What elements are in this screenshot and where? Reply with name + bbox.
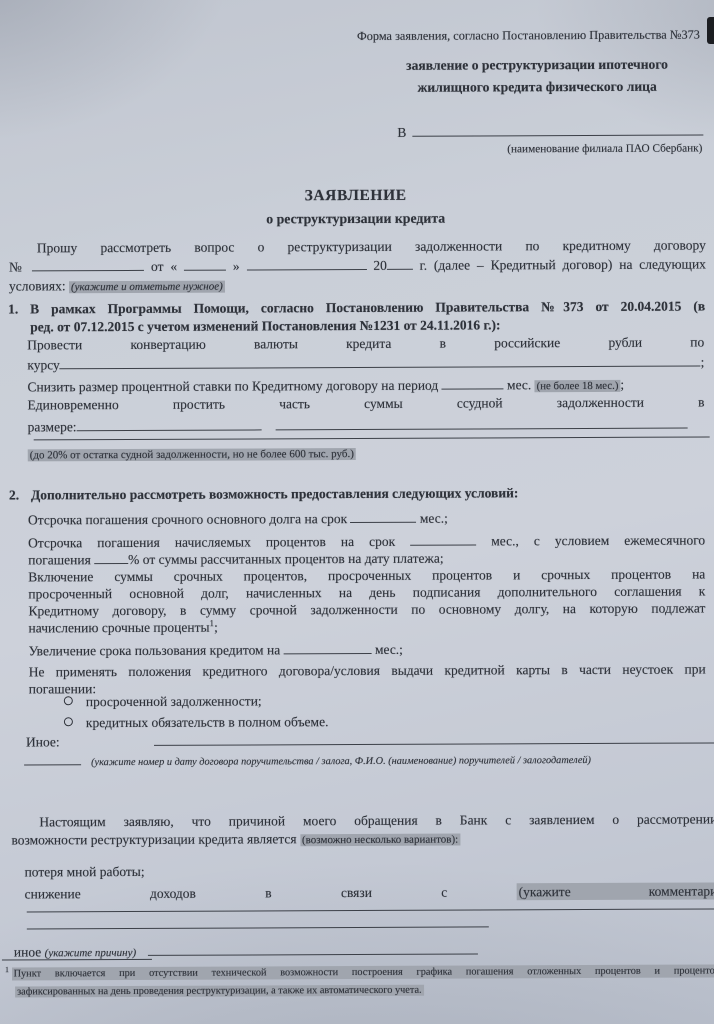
reason-other-hint: (укажите причину)	[45, 947, 137, 959]
include-interest-line3: Кредитному договору, в сумму срочной зад…	[28, 599, 705, 619]
rate-limit-hint: (не более 18 мес.)	[535, 380, 621, 392]
footnote-marker: 1	[5, 965, 9, 974]
reason-other-blank-field	[147, 940, 477, 955]
footnote-line1: Пункт включается при отсутствии техничес…	[12, 964, 714, 980]
reason-writein-line-2	[27, 926, 489, 929]
repay-share-tail: % от суммы рассчитанных процентов на дат…	[128, 551, 444, 567]
page-subtitle: о реструктуризации кредита	[0, 208, 713, 228]
reason-income-word: связи	[341, 884, 372, 901]
forgive-debt-line2: размере:	[28, 415, 688, 436]
repay-share-label: погашения	[28, 552, 91, 567]
document-content: Форма заявления, согласно Постановлению …	[0, 0, 714, 1024]
addressee-hint: (наименование филиала ПАО Сбербанк)	[378, 140, 702, 158]
reason-income-word: в	[265, 884, 271, 901]
convert-line-end: ;	[701, 353, 705, 370]
document-type-line1: заявление о реструктуризации ипотечного	[406, 57, 668, 73]
footnote-line2-row: зафиксированных на день проведения рестр…	[5, 984, 424, 999]
option-circle-icon	[64, 696, 73, 705]
footnote-separator-line	[2, 959, 152, 961]
other-conditions-label: Иное:	[26, 733, 60, 750]
document-type-title: заявление о реструктуризации ипотечного …	[370, 53, 704, 98]
defer-interest-tail: мес., с условием ежемесячного	[491, 532, 705, 548]
section1-number: 1.	[8, 300, 18, 317]
credit-number-blank-field	[32, 257, 144, 271]
other-conditions-row: Иное:	[26, 729, 714, 750]
extend-term-blank-field	[284, 640, 372, 654]
intro-line2-tail: г. (далее – Кредитный договор) на следую…	[420, 256, 706, 272]
reduce-rate-text: Снизить размер процентной ставки по Кред…	[27, 378, 438, 395]
reason-writein-line-1	[27, 908, 714, 912]
exchange-rate-blank-field	[60, 352, 701, 369]
defer-principal-text: Отсрочка погашения срочного основного до…	[28, 511, 347, 527]
intro-line2: № от « » 20 г. (далее – Кредитный догово…	[9, 254, 706, 275]
penalty-option-full: кредитных обязательств в полном объеме.	[64, 713, 329, 731]
exchange-rate-label: курсу	[27, 356, 60, 373]
page-title: ЗАЯВЛЕНИЕ	[0, 185, 713, 205]
statement-line1: Настоящим заявляю, что причиной моего об…	[11, 810, 714, 830]
defer-interest-text: Отсрочка погашения начисляемых процентов…	[28, 534, 395, 551]
repay-share-blank-field	[94, 550, 128, 564]
form-basis-note: Форма заявления, согласно Постановлению …	[298, 26, 700, 45]
document-type-line2: жилищного кредита физического лица	[417, 79, 656, 95]
statement-line2: возможности реструктуризации кредита явл…	[11, 830, 460, 849]
intro-line1: Прошу рассмотреть вопрос о реструктуриза…	[9, 236, 706, 256]
guarantor-short-line	[24, 753, 81, 765]
forgive-debt-line1: Единовременно простить часть суммы ссудн…	[27, 393, 704, 413]
forgive-amount-blank-field-2	[276, 415, 688, 431]
reason-income-word: доходов	[150, 885, 196, 902]
reason-income-hint-open: (укажите	[519, 883, 571, 900]
forgive-limit-hint-row: (до 20% от остатка судной задолженности,…	[28, 444, 356, 462]
statement-line2-text: возможности реструктуризации кредита явл…	[11, 831, 296, 847]
other-conditions-blank-field	[154, 729, 714, 745]
section2-heading: Дополнительно рассмотреть возможность пр…	[31, 483, 706, 503]
defer-principal-line: Отсрочка погашения срочного основного до…	[28, 509, 448, 529]
convert-currency-line2: курсу ;	[27, 352, 704, 373]
intro-line3: условиях: (укажите и отметьте нужное)	[9, 277, 225, 295]
penalty-option-full-label: кредитных обязательств в полном объеме.	[86, 714, 329, 730]
rate-line-end: ;	[620, 377, 624, 392]
forgive-amount-blank-field-1	[77, 416, 262, 431]
forgive-limit-hint: (до 20% от остатка судной задолженности,…	[28, 448, 356, 461]
statement-hint: (возможно несколько вариантов):	[300, 834, 460, 847]
section2-number: 2.	[9, 486, 19, 503]
credit-number-sign: №	[9, 259, 25, 274]
reason-income-hint: (укажите комментарии	[517, 882, 714, 900]
date-quote-close: »	[233, 259, 240, 274]
defer-principal-blank-field	[350, 509, 416, 523]
include-line-end: ;	[214, 620, 218, 635]
forgive-amount-label: размере:	[28, 418, 77, 435]
extend-term-unit: мес.;	[375, 642, 403, 657]
convert-currency-line1: Провести конвертацию валюты кредита в ро…	[27, 333, 704, 353]
addressee-row: В	[397, 121, 703, 140]
date-century: 20	[373, 258, 387, 273]
reason-income-hint-word: комментарии	[649, 882, 714, 899]
reason-income-decline-row: снижение доходов в связи с (укажите комм…	[25, 882, 714, 902]
conditions-label: условиях:	[9, 278, 66, 293]
no-penalty-line1: Не применять положения кредитного догово…	[29, 660, 706, 680]
reason-other-label: иное	[14, 944, 41, 959]
guarantor-hint: (укажите номер и дату договора поручител…	[91, 754, 591, 769]
addressee-prefix: В	[397, 124, 406, 141]
reason-other-row: иное (укажите причину)	[14, 940, 478, 960]
scanned-application-page: Форма заявления, согласно Постановлению …	[0, 0, 714, 1024]
reason-income-word: с	[441, 884, 447, 901]
extend-term-text: Увеличение срока пользования кредитом на	[29, 642, 281, 658]
guarantor-hint-row: (укажите номер и дату договора поручител…	[24, 750, 705, 769]
rate-unit: мес.	[507, 377, 531, 392]
rate-period-blank-field	[442, 375, 504, 389]
reason-job-loss: потеря мной работы;	[25, 863, 145, 881]
footnote-line2: зафиксированных на день проведения рестр…	[15, 985, 424, 998]
date-day-blank-field	[184, 257, 226, 271]
reason-income-word: снижение	[25, 885, 81, 902]
penalty-option-overdue-label: просроченной задолженности;	[86, 693, 262, 709]
defer-interest-blank-field	[410, 531, 476, 545]
include-interest-line4: начислению срочные проценты1;	[28, 619, 217, 637]
penalty-option-overdue: просроченной задолженности;	[64, 692, 262, 710]
section1-heading-line2: ред. от 07.12.2015 с учетом изменений По…	[30, 316, 500, 335]
defer-principal-unit: мес.;	[420, 511, 448, 526]
footnote-line1-row: 1 Пункт включается при отсутствии технич…	[5, 964, 714, 980]
date-from-label: от «	[151, 259, 177, 274]
date-year-blank-field	[387, 256, 413, 270]
forgive-continuation-line	[34, 436, 710, 440]
defer-interest-line2: погашения % от суммы рассчитанных процен…	[28, 549, 443, 569]
extend-term-line: Увеличение срока пользования кредитом на…	[29, 640, 403, 660]
option-circle-icon	[64, 717, 73, 726]
section1-heading-line1: В рамках Программы Помощи, согласно Пост…	[30, 297, 705, 317]
include-interest-tail: начислению срочные проценты	[28, 620, 209, 636]
branch-name-blank-field	[412, 121, 703, 136]
conditions-hint: (укажите и отметьте нужное)	[69, 281, 225, 294]
date-month-blank-field	[246, 256, 366, 271]
